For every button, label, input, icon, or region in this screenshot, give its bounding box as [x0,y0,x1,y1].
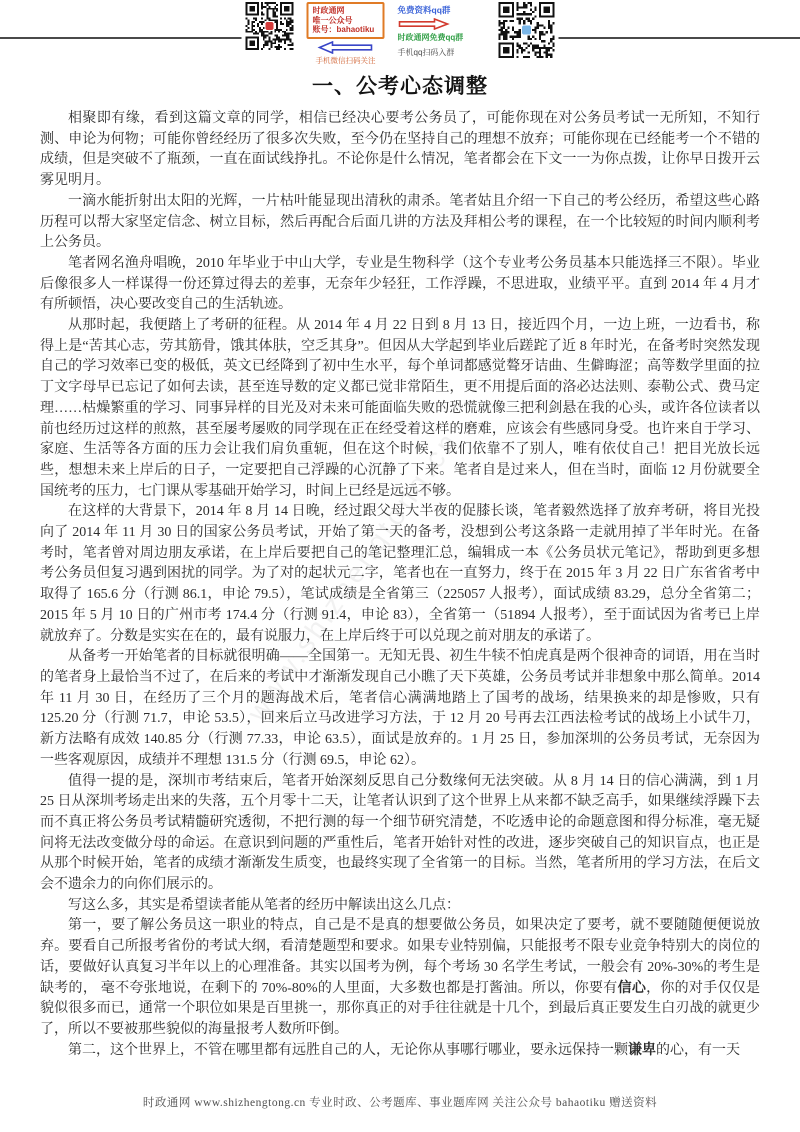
wechat-qr-code-icon [246,2,294,50]
right-arrow-icon [398,18,450,30]
qq-qr-code-icon [499,2,555,58]
left-arrow-icon [318,41,374,54]
header-qr-block: 时政通网 唯一公众号 账号：bahaotiku 手机微信扫码关注 免费资料qq群… [242,2,559,66]
page-header: 时政通网 唯一公众号 账号：bahaotiku 手机微信扫码关注 免费资料qq群… [0,0,800,60]
paragraphs: 相聚即有缘，看到这篇文章的同学，相信已经决心要考公务员了，可能你现在对公务员考试… [40,109,760,1061]
qq-group-column: 免费资料qq群 时政通网免费qq群 手机qq扫码入群 [398,2,490,58]
paragraph: 写这么多，其实是希望读者能从笔者的经历中解读出这么几点： [40,896,760,917]
document-body: 相聚即有缘，看到这篇文章的同学，相信已经决心要考公务员了，可能你现在对公务员考试… [0,109,800,1061]
paragraph: 第二，这个世界上，不管在哪里都有远胜自己的人，无论你从事哪行哪业，要永远保持一颗… [40,1041,760,1062]
wechat-scan-caption: 手机微信扫码关注 [316,55,376,66]
paragraph: 笔者网名渔舟唱晚，2010 年毕业于中山大学，专业是生物科学（这个专业考公务员基… [40,254,760,316]
account-box-line1: 时政通网 [313,6,379,16]
account-box-line3: 账号：bahaotiku [313,25,379,35]
paragraph: 从备考一开始笔者的目标就很明确——全国第一。无知无畏、初生牛犊不怕虎真是两个很神… [40,647,760,771]
paragraph: 在这样的大背景下，2014 年 8 月 14 日晚，经过跟父母大半夜的促膝长谈，… [40,502,760,647]
qq-free-material-label: 免费资料qq群 [398,4,451,16]
qq-group-name-label: 时政通网免费qq群 [398,32,464,43]
paragraph: 一滴水能折射出太阳的光辉，一片枯叶能显现出清秋的肃杀。笔者姑且介绍一下自己的考公… [40,192,760,254]
paragraph: 第一，要了解公务员这一职业的特点，自己是不是真的想要做公务员，如果决定了要考，就… [40,916,760,1040]
qq-scan-caption: 手机qq扫码入群 [398,47,455,58]
account-box-line2: 唯一公众号 [313,16,379,26]
paragraph: 从那时起，我便踏上了考研的征程。从 2014 年 4 月 22 日到 8 月 1… [40,316,760,502]
paragraph: 相聚即有缘，看到这篇文章的同学，相信已经决心要考公务员了，可能你现在对公务员考试… [40,109,760,192]
page-title: 一、公考心态调整 [0,70,800,100]
account-info-box: 时政通网 唯一公众号 账号：bahaotiku [307,2,385,39]
page-footer: 时政通网 www.shizhengtong.cn 专业时政、公考题库、事业题库网… [0,1094,800,1110]
wechat-account-column: 时政通网 唯一公众号 账号：bahaotiku 手机微信扫码关注 [303,2,389,66]
paragraph: 值得一提的是，深圳市考结束后，笔者开始深刻反思自己分数缘何无法突破。从 8 月 … [40,772,760,896]
